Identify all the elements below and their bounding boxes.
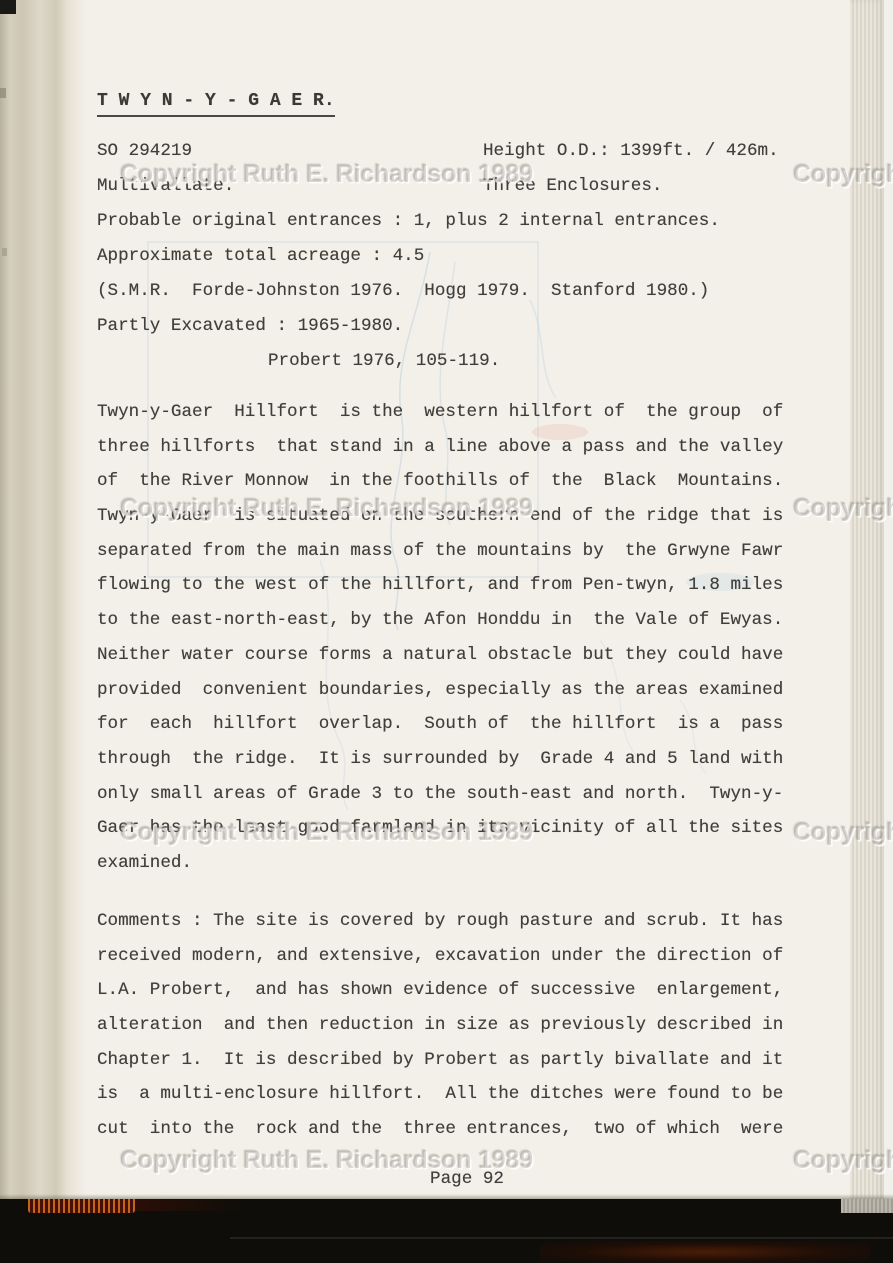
typewritten-line: alteration and then reduction in size as… — [97, 1008, 783, 1043]
watermark-copyright: Copyright Ruth E. Richardson 1989 — [120, 160, 533, 189]
typewritten-line: examined. — [97, 846, 783, 881]
scan-corner-notch — [0, 0, 16, 14]
watermark-copyright-partial: Copyright — [793, 160, 893, 189]
paragraph-comments: Comments : The site is covered by rough … — [97, 904, 783, 1147]
page-gutter-shading — [0, 0, 86, 1205]
typewritten-line: Comments : The site is covered by rough … — [97, 904, 783, 939]
watermark-copyright-partial: Copyright — [793, 818, 893, 847]
scanned-book-page: T W Y N - Y - G A E R. SO 294219 Height … — [0, 0, 893, 1263]
typewritten-line: for each hillfort overlap. South of the … — [97, 707, 783, 742]
watermark-copyright: Copyright Ruth E. Richardson 1989 — [120, 494, 533, 523]
paragraph-site-description: Twyn-y-Gaer Hillfort is the western hill… — [97, 395, 783, 881]
typewritten-line: L.A. Probert, and has shown evidence of … — [97, 973, 783, 1008]
typewritten-line: Chapter 1. It is described by Probert as… — [97, 1043, 783, 1078]
typewritten-line: flowing to the west of the hillfort, and… — [97, 568, 783, 603]
typewritten-line: Twyn-y-Gaer Hillfort is the western hill… — [97, 395, 783, 430]
entrances-line: Probable original entrances : 1, plus 2 … — [97, 204, 720, 239]
watermark-copyright-partial: Copyright — [793, 494, 893, 523]
sources-line: (S.M.R. Forde-Johnston 1976. Hogg 1979. … — [97, 274, 709, 309]
typewritten-line: received modern, and extensive, excavati… — [97, 939, 783, 974]
typewritten-line: only small areas of Grade 3 to the south… — [97, 777, 783, 812]
book-bottom-band — [0, 1199, 893, 1263]
scan-edge-mark — [0, 88, 6, 98]
spine-maroon-glow — [540, 1241, 870, 1263]
typewritten-line: to the east-north-east, by the Afon Hond… — [97, 603, 783, 638]
book-cover-seam — [230, 1237, 893, 1239]
typewritten-line: through the ridge. It is surrounded by G… — [97, 742, 783, 777]
typewritten-line: is a multi-enclosure hillfort. All the d… — [97, 1077, 783, 1112]
book-headband-stripes — [28, 1199, 135, 1213]
typewritten-line: separated from the main mass of the moun… — [97, 534, 783, 569]
watermark-copyright-partial: Copyright — [793, 1146, 893, 1175]
bottom-right-page-stack — [841, 1199, 893, 1213]
watermark-copyright: Copyright Ruth E. Richardson 1989 — [120, 1146, 533, 1175]
page-title: T W Y N - Y - G A E R. — [97, 90, 335, 117]
watermark-copyright: Copyright Ruth E. Richardson 1989 — [120, 818, 533, 847]
typewritten-line: Neither water course forms a natural obs… — [97, 638, 783, 673]
scan-edge-mark — [2, 248, 7, 256]
reference-line: Probert 1976, 105-119. — [268, 344, 500, 379]
typewritten-line: three hillforts that stand in a line abo… — [97, 430, 783, 465]
acreage-line: Approximate total acreage : 4.5 — [97, 239, 424, 274]
typewritten-line: cut into the rock and the three entrance… — [97, 1112, 783, 1147]
book-headband-fade — [135, 1199, 245, 1211]
excavated-line: Partly Excavated : 1965-1980. — [97, 309, 403, 344]
typewritten-line: provided convenient boundaries, especial… — [97, 673, 783, 708]
